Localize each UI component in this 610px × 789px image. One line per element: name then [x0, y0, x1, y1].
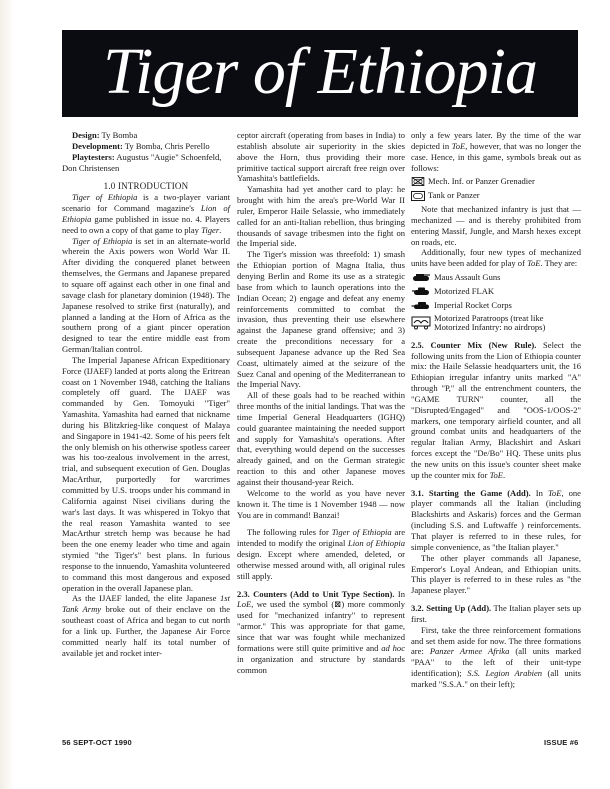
abbrev-italic: ToE — [452, 141, 465, 151]
paragraph-rules-preface: The following rules for Tiger of Ethiopi… — [237, 527, 405, 581]
paragraph-intro-4: As the IJAEF landed, the elite Japanese … — [62, 593, 230, 658]
abbrev-italic: ToE — [548, 488, 561, 498]
rule-3-2: 3.2. Setting Up (Add). The Italian playe… — [411, 603, 581, 625]
rule-3-1: 3.1. Starting the Game (Add). In ToE, on… — [411, 488, 581, 553]
text: design. Except where amended, deleted, o… — [237, 549, 405, 581]
rule-2-3: 2.3. Counters (Add to Unit Type Section)… — [237, 589, 405, 676]
new-unit-row: Imperial Rocket Corps — [411, 300, 581, 311]
text: In — [531, 488, 548, 498]
text: In — [395, 589, 405, 599]
text: in organization and structure by standar… — [237, 654, 405, 675]
paragraph-intro-8: All of these goals had to be reached wit… — [237, 390, 405, 488]
article-title: Tiger of Ethiopia — [103, 39, 537, 105]
new-unit-row: Motorized Paratroops (treat likeMotorize… — [411, 314, 581, 333]
rule-2-5: 2.5. Counter Mix (New Rule). Select the … — [411, 340, 581, 481]
page-folio-left: 56 SEPT-OCT 1990 — [62, 738, 132, 747]
game-title-italic: Tiger — [201, 225, 219, 235]
new-unit-label: Imperial Rocket Corps — [434, 300, 512, 311]
credit-design-value: Ty Bomba — [100, 130, 138, 140]
page-folio-right: ISSUE #6 — [544, 738, 579, 747]
mech-infantry-symbol-icon — [411, 177, 425, 186]
column-2: ceptor aircraft (operating from bases in… — [237, 130, 405, 675]
text: As the IJAEF landed, the elite Japanese — [72, 593, 220, 603]
rule-heading: 2.3. Counters (Add to Unit Type Section)… — [237, 589, 395, 599]
paragraph-intro-2: Tiger of Ethiopia is set in an alternate… — [62, 236, 230, 355]
symbol-legend-row: Mech. Inf. or Panzer Grenadier — [411, 176, 581, 187]
section-heading-introduction: 1.0 INTRODUCTION — [62, 181, 230, 192]
title-banner: Tiger of Ethiopia — [62, 30, 578, 117]
paragraph-symbols-intro: only a few years later. By the time of t… — [411, 130, 581, 173]
latin-italic: ad hoc — [381, 643, 405, 653]
new-unit-label: Motorized FLAK — [434, 286, 494, 297]
credit-development-value: Ty Bomba, Chris Perello — [123, 141, 210, 151]
rule-heading: 2.5. Counter Mix (New Rule). — [411, 340, 536, 350]
credit-development-label: Development: — [72, 141, 123, 151]
paragraph-mech-note: Note that mechanized infantry is just th… — [411, 204, 581, 247]
maus-assault-gun-icon — [411, 273, 431, 282]
motorized-paratroops-icon — [411, 316, 431, 330]
text: The following rules for — [247, 527, 332, 537]
credit-playtesters-label: Playtesters: — [72, 152, 115, 162]
paragraph-reinforcements: First, take the three reinforcement form… — [411, 625, 581, 690]
text: Select the following units from the Lion… — [411, 340, 581, 480]
new-unit-row: Motorized FLAK — [411, 286, 581, 297]
article-body: Design: Ty Bomba Development: Ty Bomba, … — [62, 130, 580, 730]
new-unit-label: Maus Assault Guns — [434, 272, 500, 283]
rocket-corps-icon — [411, 301, 431, 310]
formation-name-italic: Panzer Armee Afrika — [430, 646, 510, 656]
paragraph-intro-6: Yamashita had yet another card to play: … — [237, 184, 405, 249]
abbrev-italic: LoE — [237, 599, 251, 609]
paragraph-intro-5: ceptor aircraft (operating from bases in… — [237, 130, 405, 184]
abbrev-italic: ToE — [490, 470, 503, 480]
motorized-flak-icon — [411, 287, 431, 296]
credit-playtesters: Playtesters: Augustus "Augie" Schoenfeld… — [62, 152, 230, 174]
symbol-legend-row: Tank or Panzer — [411, 190, 581, 201]
paragraph-japanese-player: The other player commands all Japanese, … — [411, 553, 581, 596]
label-line: Motorized Infantry: no airdrops) — [434, 322, 545, 332]
page-binding-edge — [0, 0, 14, 789]
abbrev-italic: ToE — [527, 258, 540, 268]
symbol-label: Mech. Inf. or Panzer Grenadier — [428, 176, 535, 187]
text: is set in an alternate-world wherein the… — [62, 236, 230, 354]
symbol-label: Tank or Panzer — [428, 190, 480, 201]
tank-symbol-icon — [411, 191, 425, 201]
game-title-italic: Tiger of Ethiopia — [72, 236, 132, 246]
credit-development: Development: Ty Bomba, Chris Perello — [62, 141, 230, 152]
paragraph-intro-3: The Imperial Japanese African Expedition… — [62, 355, 230, 594]
game-title-italic: Lion of Ethiopia — [348, 538, 405, 548]
text: . They are: — [541, 258, 578, 268]
game-title-italic: Tiger of Ethiopia — [332, 527, 392, 537]
paragraph-intro-1: Tiger of Ethiopia is a two-player varian… — [62, 192, 230, 235]
label-line: Motorized Paratroops (treat like — [434, 313, 543, 323]
column-1: Design: Ty Bomba Development: Ty Bomba, … — [62, 130, 230, 659]
game-title-italic: Tiger of Ethiopia — [72, 192, 137, 202]
paragraph-intro-9: Welcome to the world as you have never k… — [237, 488, 405, 521]
text: , we used the symbol (⊠) more commonly u… — [237, 599, 405, 652]
new-unit-row: Maus Assault Guns — [411, 272, 581, 283]
credit-design: Design: Ty Bomba — [62, 130, 230, 141]
rule-heading: 3.1. Starting the Game (Add). — [411, 488, 531, 498]
rule-heading: 3.2. Setting Up (Add). — [411, 603, 491, 613]
paragraph-new-types: Additionally, four new types of mechaniz… — [411, 247, 581, 269]
column-3: only a few years later. By the time of t… — [411, 130, 581, 690]
text: . — [503, 470, 505, 480]
formation-name-italic: S.S. Legion Arabien — [467, 668, 542, 678]
text: . — [219, 225, 221, 235]
credit-design-label: Design: — [72, 130, 100, 140]
new-unit-label: Motorized Paratroops (treat likeMotorize… — [434, 314, 545, 333]
paragraph-intro-7: The Tiger's mission was threefold: 1) sm… — [237, 249, 405, 390]
